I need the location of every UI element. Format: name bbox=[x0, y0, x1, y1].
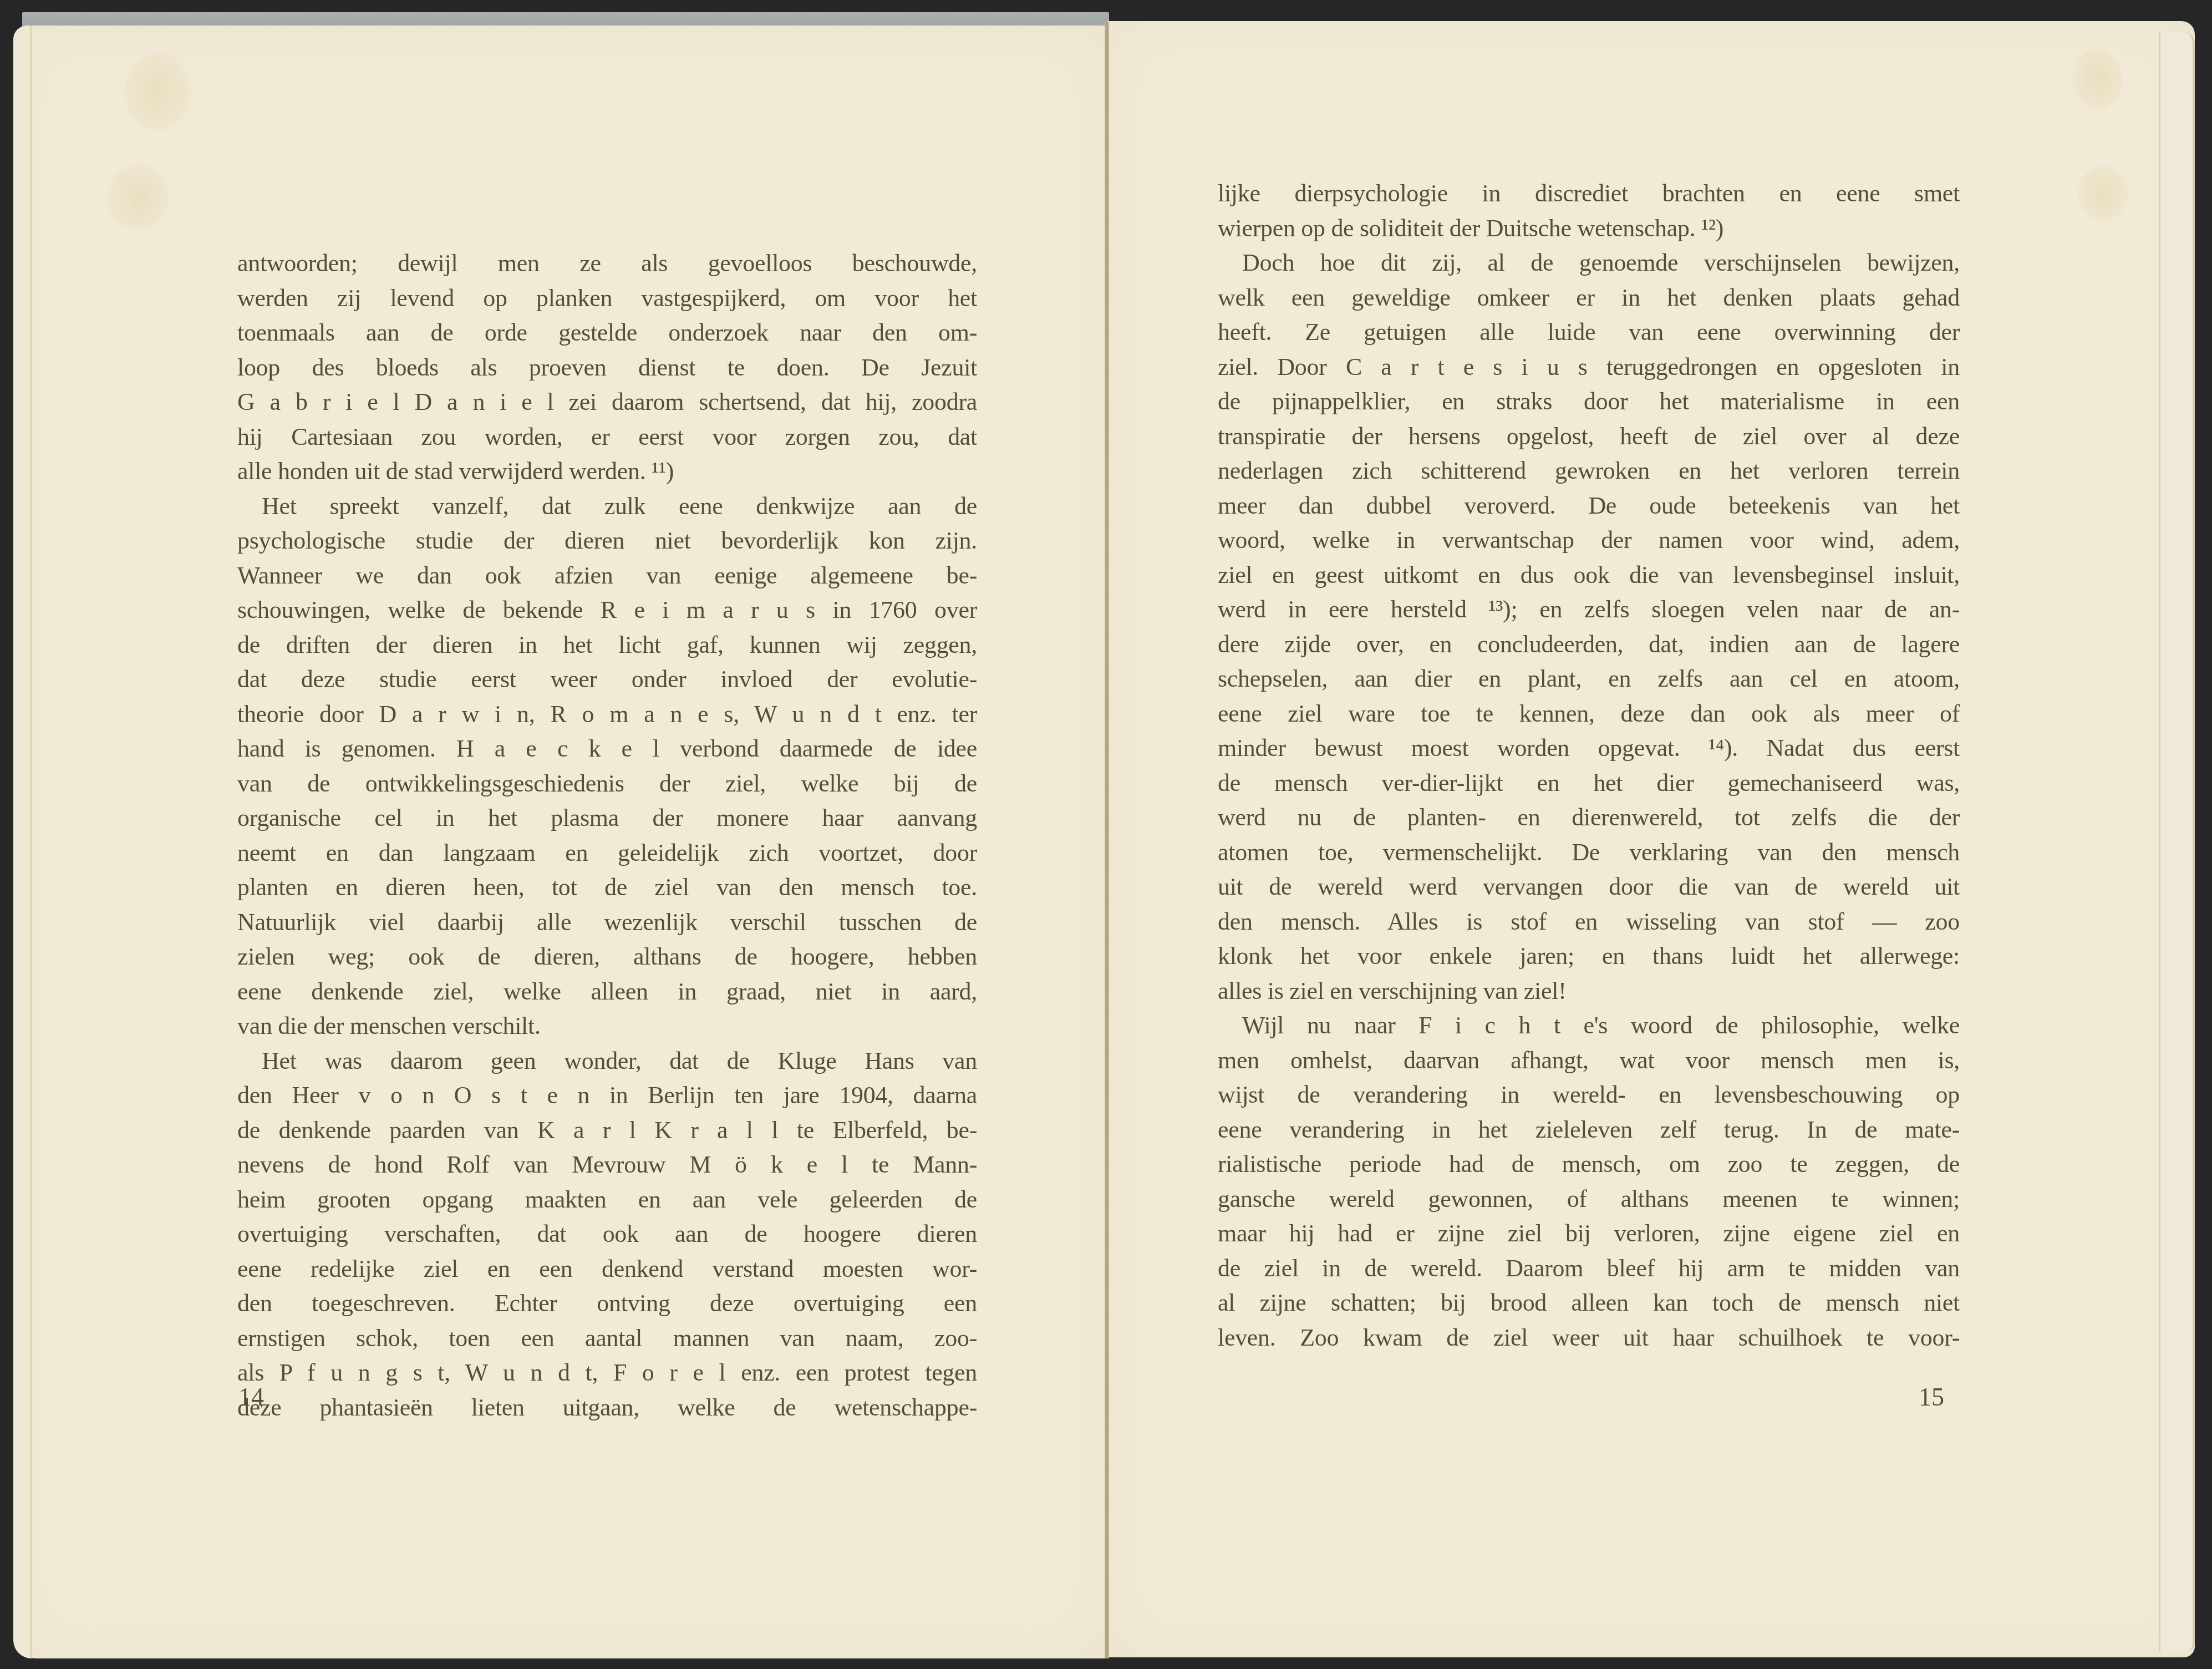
paper-stain bbox=[2073, 49, 2123, 110]
text-line: wijst de verandering in wereld- en leven… bbox=[1218, 1078, 1960, 1113]
text-line: dere zijde over, en concludeerden, dat, … bbox=[1218, 627, 1960, 662]
page-number-right: 15 bbox=[1919, 1382, 1944, 1412]
text-line: men omhelst, daarvan afhangt, wat voor m… bbox=[1218, 1043, 1960, 1078]
text-line: den mensch. Alles is stof en wisseling v… bbox=[1218, 905, 1960, 940]
text-line: gansche wereld gewonnen, of althans meen… bbox=[1218, 1182, 1960, 1217]
text-line: zielen weg; ook de dieren, althans de ho… bbox=[237, 940, 977, 975]
text-line: maar hij had er zijne ziel bij verloren,… bbox=[1218, 1216, 1960, 1251]
text-line: leven. Zoo kwam de ziel weer uit haar sc… bbox=[1218, 1321, 1960, 1356]
text-line: hand is genomen. H a e c k e l verbond d… bbox=[237, 732, 977, 767]
text-line: nederlagen zich schitterend gewroken en … bbox=[1218, 454, 1960, 489]
text-line: heeft. Ze getuigen alle luide van eene o… bbox=[1218, 315, 1960, 350]
text-line: rialistische periode had de mensch, om z… bbox=[1218, 1147, 1960, 1182]
text-line: uit de wereld werd vervangen door die va… bbox=[1218, 870, 1960, 905]
text-line: eene redelijke ziel en een denkend verst… bbox=[237, 1252, 977, 1287]
right-page-fore-edge bbox=[2159, 32, 2195, 1652]
text-line: ziel en geest uitkomt en dus ook die van… bbox=[1218, 558, 1960, 593]
text-line: woord, welke in verwantschap der namen v… bbox=[1218, 523, 1960, 558]
text-line: eene ziel ware toe te kennen, deze dan o… bbox=[1218, 697, 1960, 732]
text-line: den toegeschreven. Echter ontving deze o… bbox=[237, 1286, 977, 1321]
text-line: de driften der dieren in het licht gaf, … bbox=[237, 628, 977, 663]
text-line: hij Cartesiaan zou worden, er eerst voor… bbox=[237, 420, 977, 455]
text-line: ziel. Door C a r t e s i u s teruggedron… bbox=[1218, 350, 1960, 385]
text-line: planten en dieren heen, tot de ziel van … bbox=[237, 870, 977, 905]
text-line: klonk het voor enkele jaren; en thans lu… bbox=[1218, 939, 1960, 974]
left-page-body-text: antwoorden; dewijl men ze als gevoelloos… bbox=[237, 246, 977, 1425]
text-line: de ziel in de wereld. Daarom bleef hij a… bbox=[1218, 1251, 1960, 1286]
text-line: transpiratie der hersens opgelost, heeft… bbox=[1218, 419, 1960, 454]
text-line: welk een geweldige omkeer er in het denk… bbox=[1218, 281, 1960, 316]
book-spine-gutter bbox=[1105, 22, 1109, 1658]
text-line: heim grooten opgang maakten en aan vele … bbox=[237, 1183, 977, 1217]
right-page-body-text: lijke dierpsychologie in discrediet brac… bbox=[1218, 176, 1960, 1355]
text-line: dat deze studie eerst weer onder invloed… bbox=[237, 662, 977, 697]
text-line: meer dan dubbel veroverd. De oude beteek… bbox=[1218, 489, 1960, 524]
text-line: minder bewust moest worden opgevat. ¹⁴).… bbox=[1218, 731, 1960, 766]
text-line: als P f u n g s t, W u n d t, F o r e l … bbox=[237, 1356, 977, 1391]
text-line: G a b r i e l D a n i e l zei daarom sch… bbox=[237, 385, 977, 420]
paper-stain bbox=[2078, 165, 2128, 221]
text-line: den Heer v o n O s t e n in Berlijn ten … bbox=[237, 1078, 977, 1113]
text-line: Het was daarom geen wonder, dat de Kluge… bbox=[237, 1044, 977, 1079]
text-line: neemt en dan langzaam en geleidelijk zic… bbox=[237, 836, 977, 871]
text-line: Wijl nu naar F i c h t e's woord de phil… bbox=[1218, 1008, 1960, 1043]
text-line: ernstigen schok, toen een aantal mannen … bbox=[237, 1321, 977, 1356]
text-line: eene denkende ziel, welke alleen in graa… bbox=[237, 975, 977, 1009]
page-number-left: 14 bbox=[238, 1382, 264, 1412]
text-line: van de ontwikkelingsgeschiedenis der zie… bbox=[237, 767, 977, 801]
text-line: toenmaals aan de orde gestelde onderzoek… bbox=[237, 316, 977, 351]
paper-stain bbox=[124, 53, 191, 131]
text-line: theorie door D a r w i n, R o m a n e s,… bbox=[237, 697, 977, 732]
text-line: alle honden uit de stad verwijderd werde… bbox=[237, 454, 977, 489]
text-line: de mensch ver-dier-lijkt en het dier gem… bbox=[1218, 766, 1960, 801]
text-line: wierpen op de soliditeit der Duitsche we… bbox=[1218, 211, 1960, 246]
text-line: werd nu de planten- en dierenwereld, tot… bbox=[1218, 800, 1960, 835]
left-page-fore-edge bbox=[13, 26, 32, 1658]
text-line: atomen toe, vermenschelijkt. De verklari… bbox=[1218, 835, 1960, 870]
text-line: antwoorden; dewijl men ze als gevoelloos… bbox=[237, 246, 977, 281]
text-line: van die der menschen verschilt. bbox=[237, 1009, 977, 1044]
text-line: schepselen, aan dier en plant, en zelfs … bbox=[1218, 662, 1960, 697]
text-line: alles is ziel en verschijning van ziel! bbox=[1218, 974, 1960, 1009]
text-line: Doch hoe dit zij, al de genoemde verschi… bbox=[1218, 246, 1960, 281]
text-line: werden zij levend op planken vastgespijk… bbox=[237, 281, 977, 316]
text-line: Wanneer we dan ook afzien van eenige alg… bbox=[237, 559, 977, 593]
text-line: loop des bloeds als proeven dienst te do… bbox=[237, 351, 977, 385]
text-line: de denkende paarden van K a r l K r a l … bbox=[237, 1113, 977, 1148]
paper-stain bbox=[108, 164, 169, 231]
text-line: organische cel in het plasma der monere … bbox=[237, 801, 977, 836]
text-line: schouwingen, welke de bekende R e i m a … bbox=[237, 593, 977, 628]
text-line: psychologische studie der dieren niet be… bbox=[237, 524, 977, 559]
text-line: lijke dierpsychologie in discrediet brac… bbox=[1218, 176, 1960, 211]
text-line: de pijnappelklier, en straks door het ma… bbox=[1218, 384, 1960, 419]
text-line: Natuurlijk viel daarbij alle wezenlijk v… bbox=[237, 905, 977, 940]
text-line: overtuiging verschaften, dat ook aan de … bbox=[237, 1217, 977, 1252]
text-line: nevens de hond Rolf van Mevrouw M ö k e … bbox=[237, 1148, 977, 1183]
text-line: deze phantasieën lieten uitgaan, welke d… bbox=[237, 1391, 977, 1426]
text-line: al zijne schatten; bij brood alleen kan … bbox=[1218, 1286, 1960, 1321]
text-line: werd in eere hersteld ¹³); en zelfs sloe… bbox=[1218, 592, 1960, 627]
text-line: Het spreekt vanzelf, dat zulk eene denkw… bbox=[237, 489, 977, 524]
text-line: eene verandering in het zieleleven zelf … bbox=[1218, 1113, 1960, 1148]
